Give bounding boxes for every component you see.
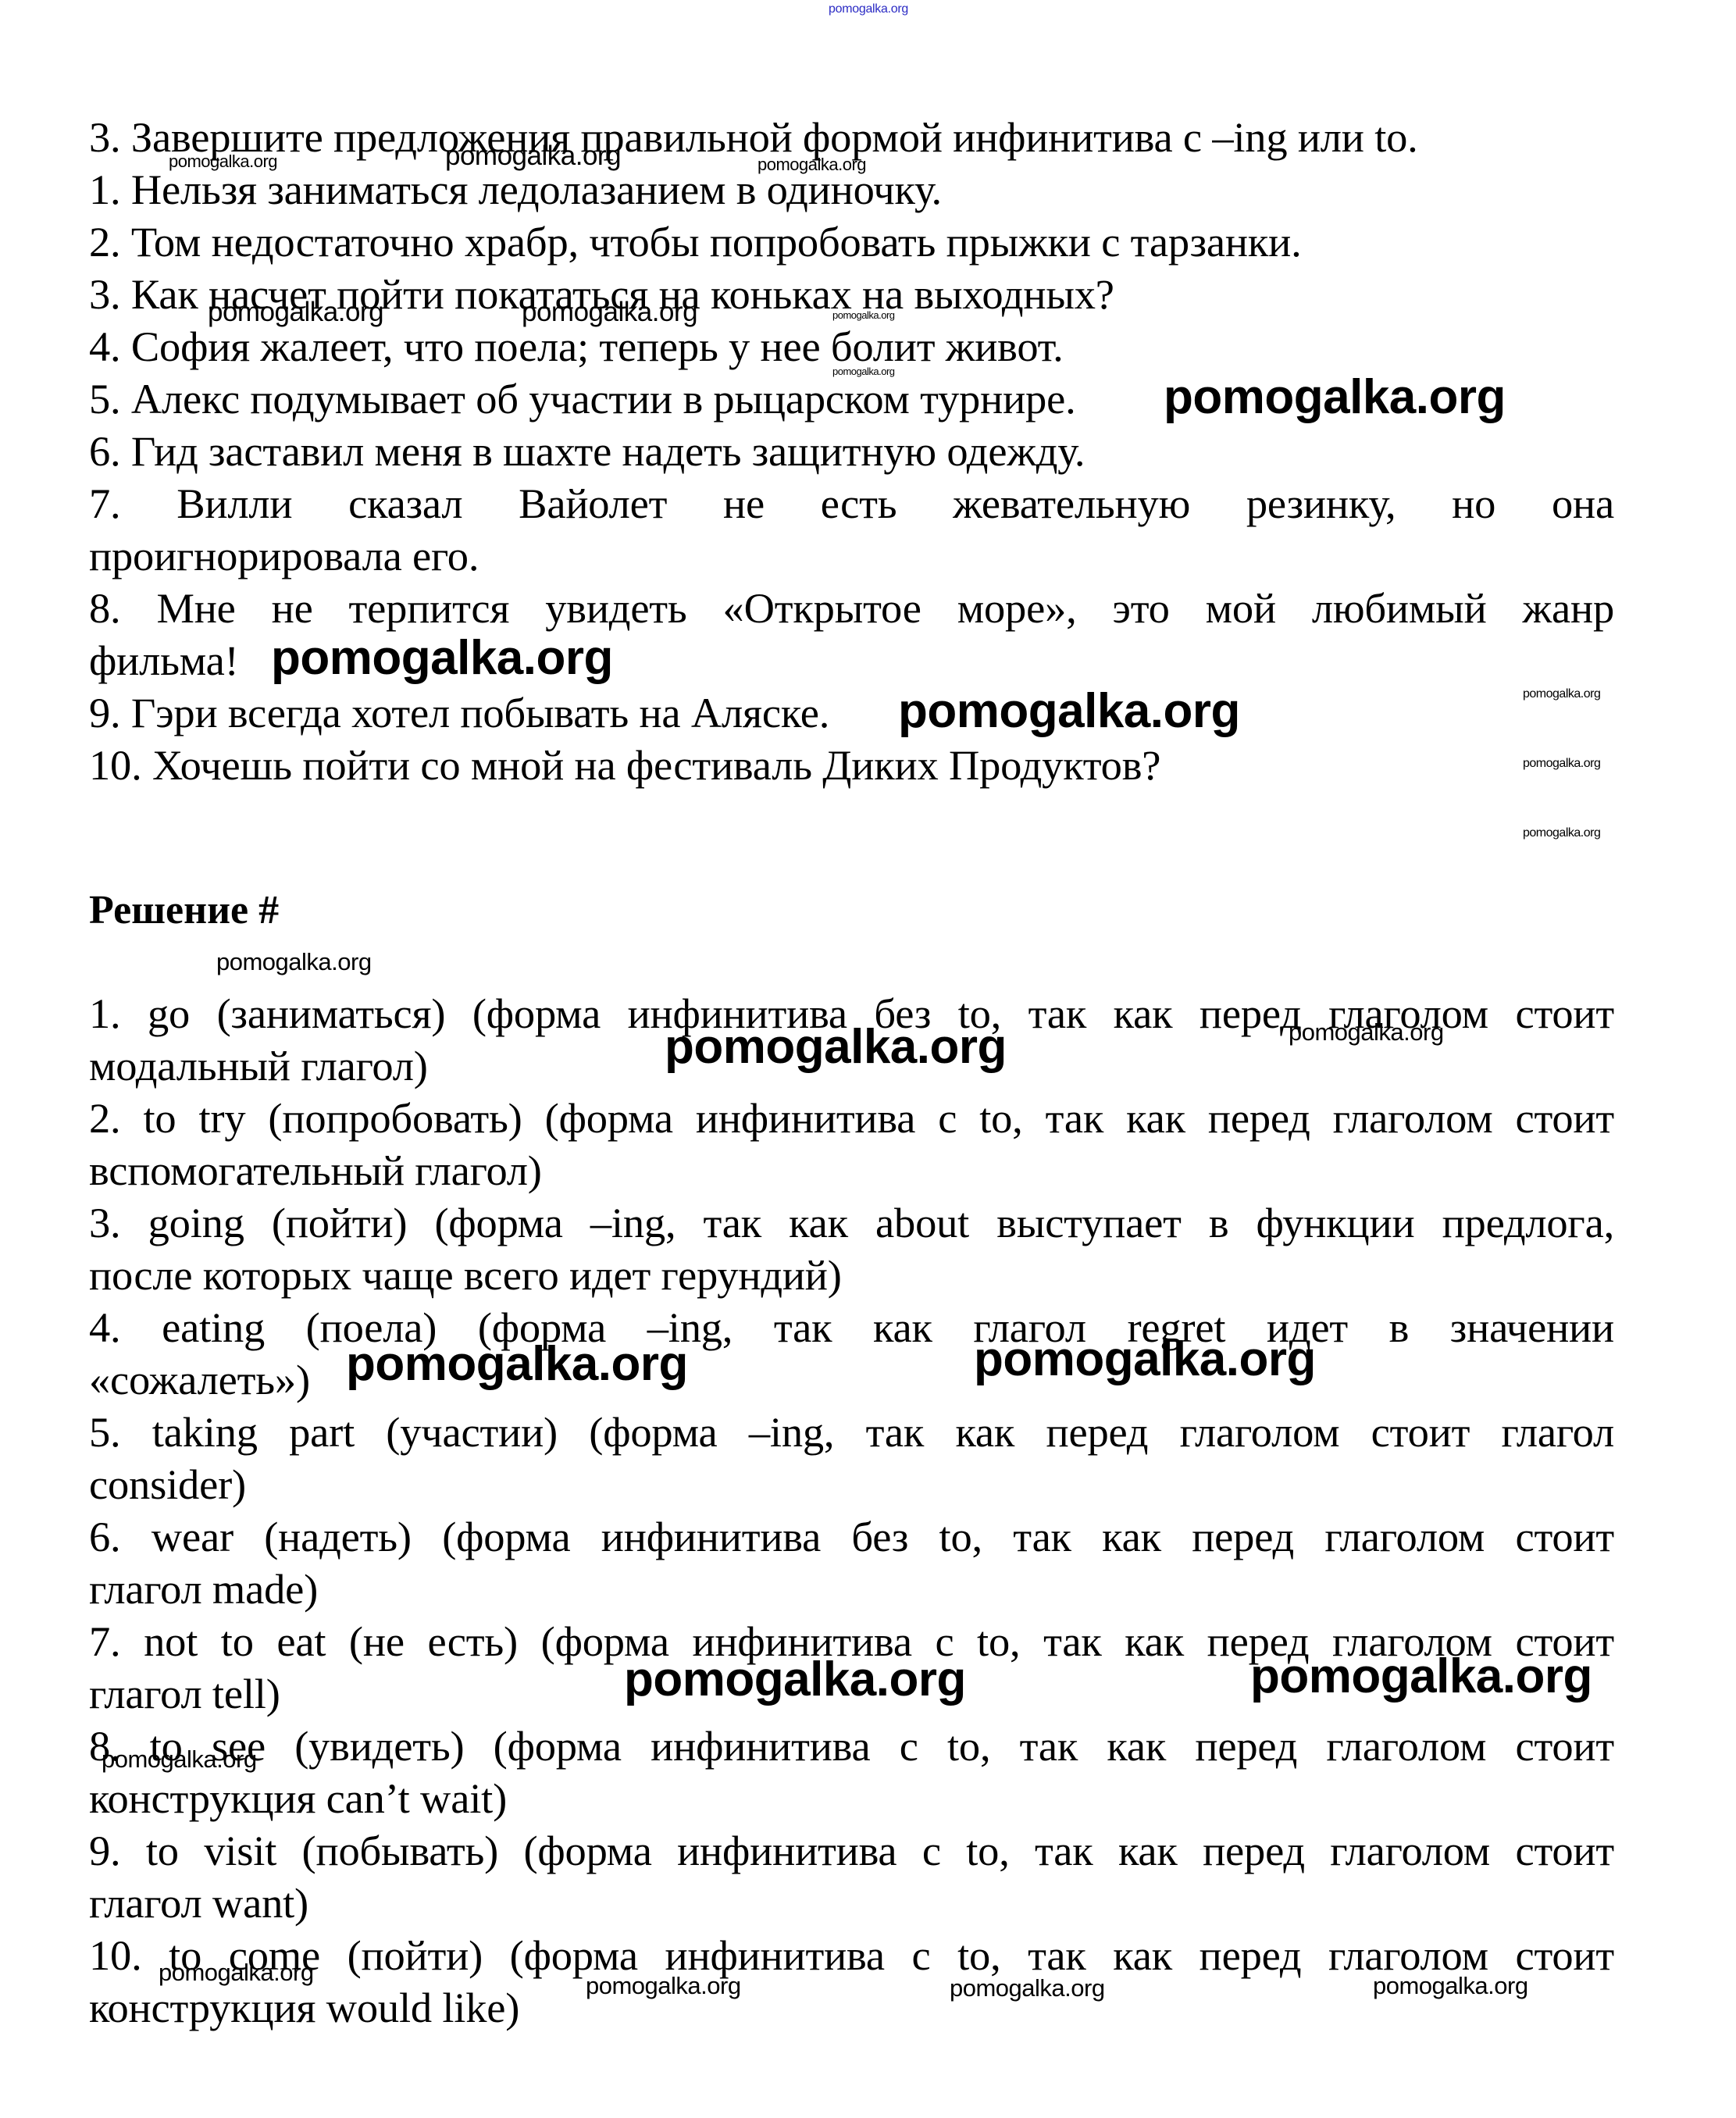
watermark: pomogalka.org xyxy=(159,1960,314,1984)
watermark: pomogalka.org xyxy=(1289,1020,1444,1044)
solution-line: вспомогательный глагол) xyxy=(89,1144,1614,1197)
watermark: pomogalka.org xyxy=(1250,1653,1592,1701)
watermark: pomogalka.org xyxy=(974,1335,1316,1384)
solution-line: «сожалеть») xyxy=(89,1353,1614,1407)
watermark: pomogalka.org xyxy=(832,366,895,376)
task-line: 6. Гид заставил меня в шахте надеть защи… xyxy=(89,425,1614,478)
watermark: pomogalka.org xyxy=(950,1976,1105,2000)
watermark: pomogalka.org xyxy=(586,1974,741,1998)
watermark: pomogalka.org xyxy=(271,634,613,683)
site-link[interactable]: pomogalka.org xyxy=(822,2,914,16)
watermark: pomogalka.org xyxy=(522,298,697,326)
solution-line: 2. to try (попробовать) (форма инфинитив… xyxy=(89,1092,1614,1145)
task-line: 2. Том недостаточно храбр, чтобы попробо… xyxy=(89,216,1614,269)
watermark: pomogalka.org xyxy=(102,1747,257,1771)
solution-heading: Решение # xyxy=(89,884,279,937)
task-line: 7. Вилли сказал Вайолет не есть жеватель… xyxy=(89,477,1614,530)
watermark: pomogalka.org xyxy=(1523,758,1600,770)
solution-line: конструкция can’t wait) xyxy=(89,1772,1614,1825)
solution-line: 6. wear (надеть) (форма инфинитива без t… xyxy=(89,1510,1614,1564)
solution-line: 5. taking part (участии) (форма –ing, та… xyxy=(89,1406,1614,1459)
watermark: pomogalka.org xyxy=(1523,827,1600,840)
watermark: pomogalka.org xyxy=(832,310,895,320)
watermark: pomogalka.org xyxy=(757,156,866,173)
watermark: pomogalka.org xyxy=(1164,373,1506,422)
task-line: 8. Мне не терпится увидеть «Открытое мор… xyxy=(89,582,1614,635)
solution-line: consider) xyxy=(89,1458,1614,1511)
solution-line: 8. to see (увидеть) (форма инфинитива с … xyxy=(89,1720,1614,1773)
solution-line: после которых чаще всего идет герундий) xyxy=(89,1249,1614,1302)
watermark: pomogalka.org xyxy=(346,1340,688,1389)
watermark: pomogalka.org xyxy=(169,153,277,170)
watermark: pomogalka.org xyxy=(216,950,372,974)
watermark: pomogalka.org xyxy=(1523,688,1600,701)
solution-line: глагол want) xyxy=(89,1877,1614,1930)
watermark: pomogalka.org xyxy=(445,142,621,169)
task-line: 10. Хочешь пойти со мной на фестиваль Ди… xyxy=(89,739,1614,792)
watermark: pomogalka.org xyxy=(1373,1974,1528,1998)
watermark: pomogalka.org xyxy=(624,1656,966,1704)
watermark: pomogalka.org xyxy=(665,1023,1007,1071)
watermark: pomogalka.org xyxy=(208,298,383,326)
solution-line: глагол made) xyxy=(89,1563,1614,1616)
task-line: 9. Гэри всегда хотел побывать на Аляске. xyxy=(89,686,1614,740)
solution-line: 4. eating (поела) (форма –ing, так как г… xyxy=(89,1301,1614,1354)
watermark: pomogalka.org xyxy=(898,687,1240,736)
solution-line: 9. to visit (побывать) (форма инфинитива… xyxy=(89,1824,1614,1877)
solution-line: 3. going (пойти) (форма –ing, так как ab… xyxy=(89,1196,1614,1250)
task-line: проигнорировала его. xyxy=(89,529,1614,583)
